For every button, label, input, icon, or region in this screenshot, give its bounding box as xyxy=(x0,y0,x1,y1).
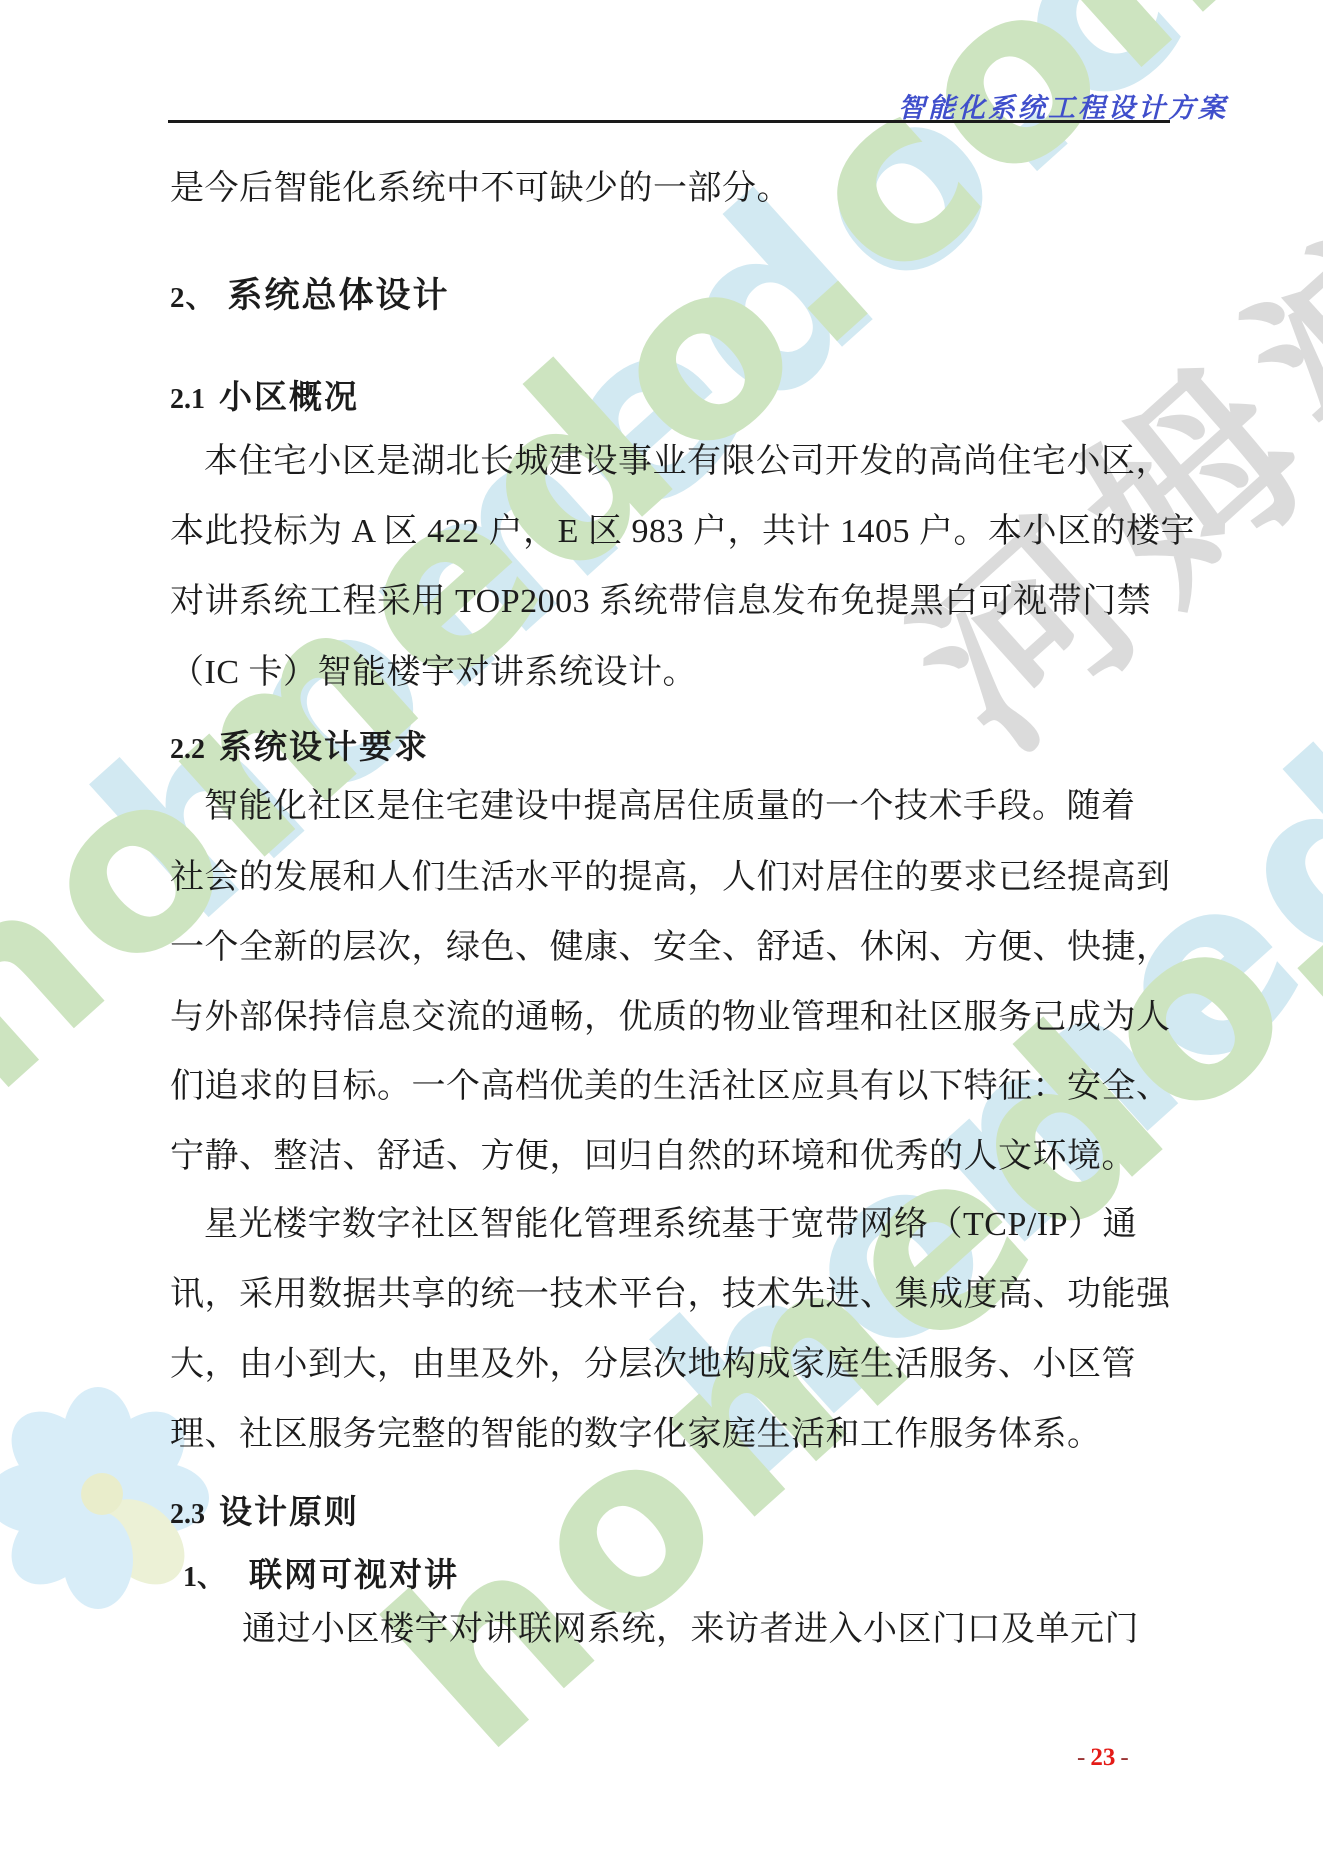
paragraph-line: 星光楼宇数字社区智能化管理系统基于宽带网络（TCP/IP）通 xyxy=(170,1204,1137,1246)
heading-2-2-number: 2.2 xyxy=(170,734,205,765)
page-number-value: 23 xyxy=(1090,1744,1115,1771)
heading-2-3: 2.3设计原则 xyxy=(170,1486,359,1533)
subheading-1-number: 1、 xyxy=(183,1562,225,1593)
heading-2-1-number: 2.1 xyxy=(170,384,205,415)
heading-2-3-title: 设计原则 xyxy=(219,1493,359,1530)
heading-2-2-title: 系统设计要求 xyxy=(219,728,429,765)
intro-line: 是今后智能化系统中不可缺少的一部分。 xyxy=(170,168,791,210)
paragraph-line: 一个全新的层次，绿色、健康、安全、舒适、休闲、方便、快捷， xyxy=(170,927,1171,969)
paragraph-line: 理、社区服务完整的智能的数字化家庭生活和工作服务体系。 xyxy=(170,1414,1102,1456)
heading-2-3-number: 2.3 xyxy=(170,1499,205,1530)
heading-2-title: 系统总体设计 xyxy=(228,276,450,315)
header-rule xyxy=(168,120,1170,123)
paragraph-line: 宁静、整洁、舒适、方便，回归自然的环境和优秀的人文环境。 xyxy=(170,1136,1136,1178)
subheading-1: 1、联网可视对讲 xyxy=(183,1549,459,1596)
heading-2-number: 2、 xyxy=(170,282,216,314)
paragraph-line: 对讲系统工程采用 TOP2003 系统带信息发布免提黑白可视带门禁 xyxy=(170,581,1151,623)
paragraph-line: 智能化社区是住宅建设中提高居住质量的一个技术手段。随着 xyxy=(170,786,1136,828)
paragraph-line: 大，由小到大，由里及外，分层次地构成家庭生活服务、小区管 xyxy=(170,1344,1136,1386)
paragraph-line: 本此投标为 A 区 422 户，E 区 983 户，共计 1405 户。本小区的… xyxy=(170,511,1195,553)
paragraph-line: （IC 卡）智能楼宇对讲系统设计。 xyxy=(170,652,697,694)
heading-2: 2、系统总体设计 xyxy=(170,268,450,318)
heading-2-2: 2.2系统设计要求 xyxy=(170,721,429,768)
document-page: homedo.com homedo.com homedo.com homedo.… xyxy=(0,0,1323,1871)
paragraph-line: 们追求的目标。一个高档优美的生活社区应具有以下特征：安全、 xyxy=(170,1066,1171,1108)
paragraph-line: 讯，采用数据共享的统一技术平台，技术先进、集成度高、功能强 xyxy=(170,1274,1171,1316)
paragraph-line: 本住宅小区是湖北长城建设事业有限公司开发的高尚住宅小区， xyxy=(170,441,1170,483)
paragraph-line: 与外部保持信息交流的通畅，优质的物业管理和社区服务已成为人 xyxy=(170,997,1171,1039)
paragraph-line: 社会的发展和人们生活水平的提高，人们对居住的要求已经提高到 xyxy=(170,857,1171,899)
subheading-1-title: 联网可视对讲 xyxy=(249,1556,459,1593)
page-number-dash-right: - xyxy=(1120,1744,1128,1771)
paragraph-line: 通过小区楼宇对讲联网系统，来访者进入小区门口及单元门 xyxy=(170,1609,1139,1651)
heading-2-1-title: 小区概况 xyxy=(219,378,359,415)
heading-2-1: 2.1小区概况 xyxy=(170,371,359,418)
page-number: -23- xyxy=(1072,1744,1134,1772)
page-number-dash-left: - xyxy=(1077,1744,1085,1771)
